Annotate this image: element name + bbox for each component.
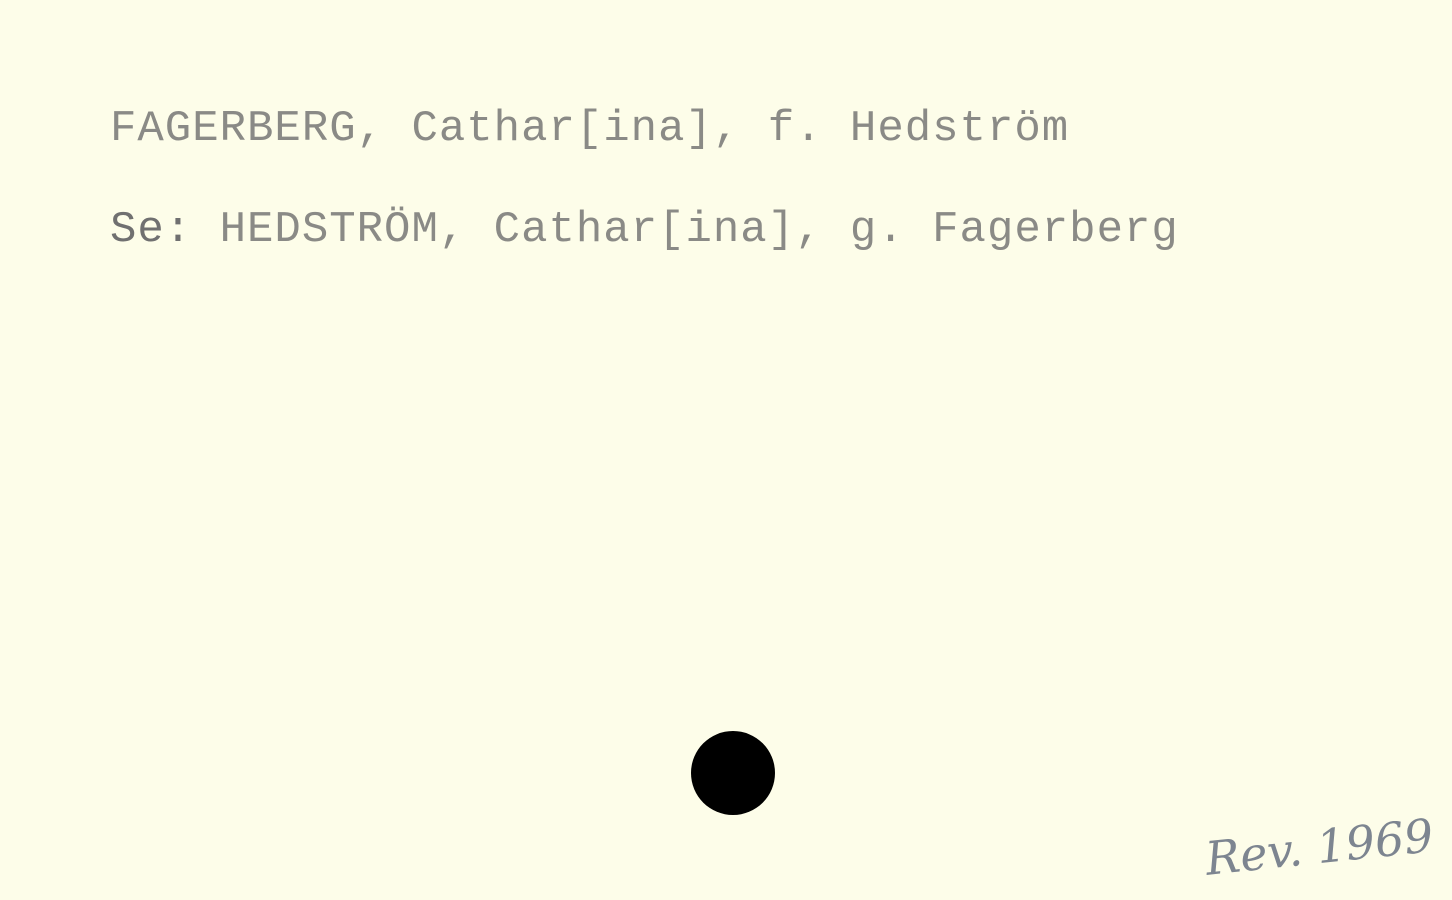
card-heading: FAGERBERG, Cathar[ina], f. Hedström — [110, 104, 1069, 154]
reference-target: HEDSTRÖM, Cathar[ina], g. Fagerberg — [220, 205, 1179, 255]
see-reference: Se: HEDSTRÖM, Cathar[ina], g. Fagerberg — [110, 205, 1179, 255]
handwritten-revision-note: Rev. 1969 — [1203, 808, 1436, 886]
see-prefix: Se: — [110, 205, 192, 255]
catalog-card: FAGERBERG, Cathar[ina], f. Hedström Se: … — [0, 0, 1452, 900]
punch-hole — [691, 731, 775, 815]
